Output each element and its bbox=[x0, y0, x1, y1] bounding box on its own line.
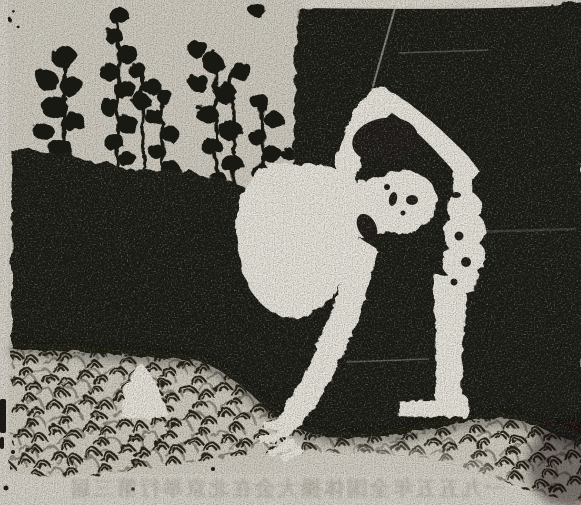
halftone-yoga-photo: 一九五五年全国体操大会在北京举行第三届 bbox=[0, 0, 581, 505]
newsprint-photo-page: 一九五五年全国体操大会在北京举行第三届 bbox=[0, 0, 581, 505]
